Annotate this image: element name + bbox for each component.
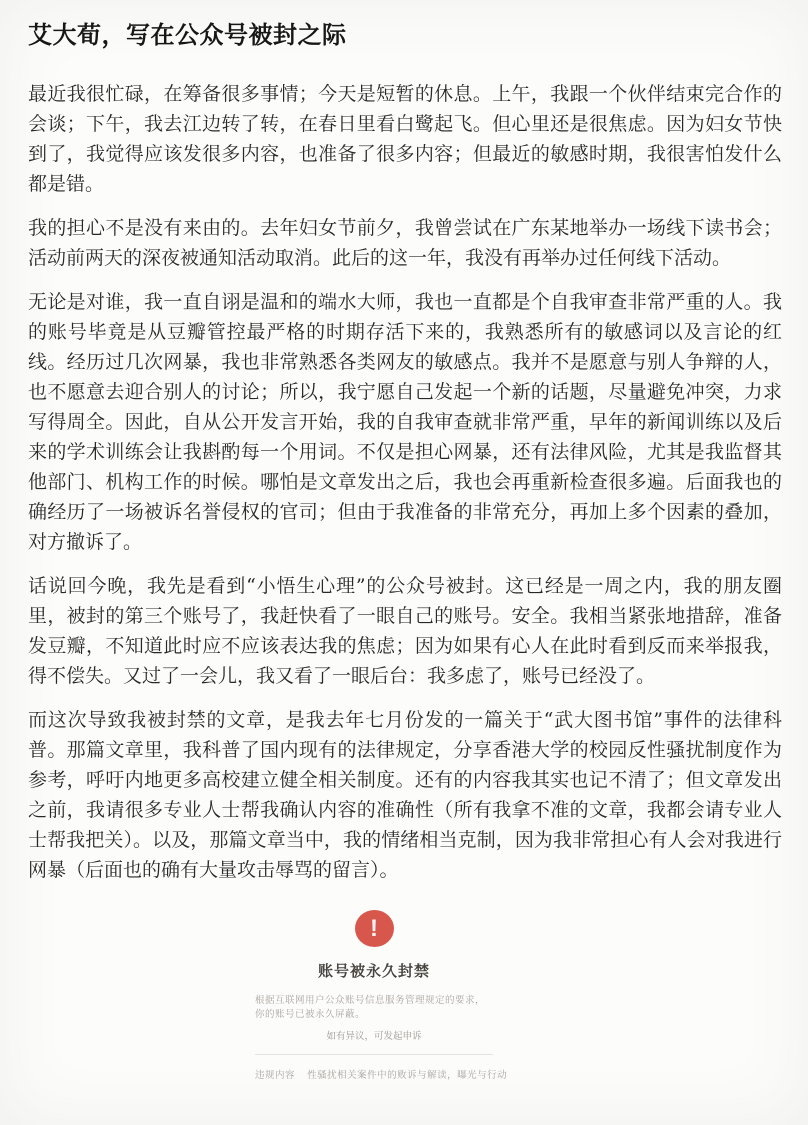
- article-paragraph-1: 最近我很忙碌，在筹备很多事情；今天是短暂的休息。上午，我跟一个伙伴结束完合作的会…: [28, 79, 782, 199]
- ban-notice-screenshot: ! 账号被永久封禁 根据互联网用户公众账号信息服务管理规定的要求，你的账号已被永…: [255, 910, 493, 1081]
- article-paragraph-4: 话说回今晚，我先是看到“小悟生心理”的公众号被封。这已经是一周之内，我的朋友圈里…: [28, 571, 782, 691]
- ban-notice-appeal-text: 如有异议，可发起申诉: [255, 1028, 493, 1042]
- violation-label: 违规内容: [255, 1070, 295, 1081]
- article-paragraph-2: 我的担心不是没有来由的。去年妇女节前夕，我曾尝试在广东某地举办一场线下读书会；活…: [28, 213, 782, 273]
- article-paragraph-3: 无论是对谁，我一直自诩是温和的端水大师，我也一直都是个自我审查非常严重的人。我的…: [28, 287, 782, 557]
- ban-notice-body: 根据互联网用户公众账号信息服务管理规定的要求，你的账号已被永久屏蔽。: [255, 994, 493, 1022]
- ban-notice-violation-row: 违规内容 性骚扰相关案件中的败诉与解读，曝光与行动: [255, 1067, 493, 1081]
- violation-text: 性骚扰相关案件中的败诉与解读，曝光与行动: [307, 1070, 507, 1081]
- exclamation-glyph: !: [370, 917, 378, 941]
- article-paragraph-5: 而这次导致我被封禁的文章，是我去年七月份发的一篇关于“武大图书馆”事件的法律科普…: [28, 705, 782, 885]
- exclamation-icon: !: [355, 910, 394, 947]
- article-title: 艾大荀，写在公众号被封之际: [28, 20, 782, 52]
- ban-notice-title: 账号被永久封禁: [255, 960, 493, 981]
- article-page: 艾大荀，写在公众号被封之际 最近我很忙碌，在筹备很多事情；今天是短暂的休息。上午…: [0, 0, 808, 1125]
- divider: [255, 1054, 493, 1055]
